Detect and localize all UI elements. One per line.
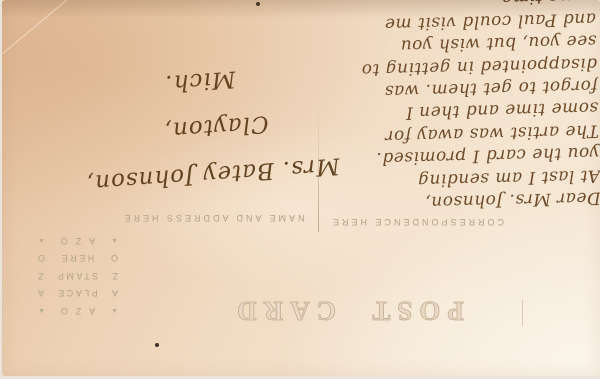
ink-speck bbox=[155, 343, 159, 347]
stamp-box-row: ▲ AZO ▲ bbox=[38, 233, 118, 249]
triangle-icon: ▲ bbox=[38, 308, 45, 315]
stamp-center-word: PLACE bbox=[56, 289, 98, 299]
stamp-brand-letters: AZO bbox=[53, 236, 96, 246]
stamp-center-word: STAMP bbox=[55, 271, 98, 281]
stamp-center-word: HERE bbox=[59, 254, 94, 264]
stamp-side-letter: A bbox=[38, 289, 44, 299]
stamp-brand-letters: AZO bbox=[53, 306, 96, 316]
post-card-title: POST CARD bbox=[225, 286, 469, 326]
triangle-icon: ▲ bbox=[111, 238, 118, 245]
stamp-box-row: ▲ AZO ▲ bbox=[38, 303, 118, 319]
triangle-icon: ▲ bbox=[38, 238, 45, 245]
stamp-side-letter: Z bbox=[113, 271, 119, 281]
ink-speck bbox=[256, 2, 260, 6]
stamp-side-letter: O bbox=[38, 254, 45, 264]
center-divider-line bbox=[318, 98, 319, 232]
stamp-side-letter: Z bbox=[38, 271, 44, 281]
azo-stamp-box: ▲ AZO ▲ A PLACE A Z STAMP Z O HERE O ▲ A bbox=[32, 230, 124, 322]
triangle-icon: ▲ bbox=[111, 308, 118, 315]
postcard-photo: Dear Mrs. Johnson, At last I am sending … bbox=[0, 0, 600, 379]
name-address-here-label: NAME AND ADDRESS HERE bbox=[110, 210, 316, 226]
stamp-box-row: O HERE O bbox=[38, 251, 118, 267]
recipient-address: Mrs. Batey Johnson, Clayton, Mich. bbox=[44, 20, 356, 216]
stamp-side-letter: A bbox=[112, 289, 118, 299]
stamp-box-row: A PLACE A bbox=[38, 286, 118, 302]
correspondence-message: Dear Mrs. Johnson, At last I am sending … bbox=[327, 0, 600, 221]
stamp-box-row: Z STAMP Z bbox=[38, 268, 118, 284]
scratch-mark bbox=[522, 300, 523, 326]
stamp-side-letter: O bbox=[111, 254, 118, 264]
correspondence-here-label: CORRESPONDENCE HERE bbox=[328, 214, 506, 230]
postcard-back: Dear Mrs. Johnson, At last I am sending … bbox=[2, 0, 600, 376]
